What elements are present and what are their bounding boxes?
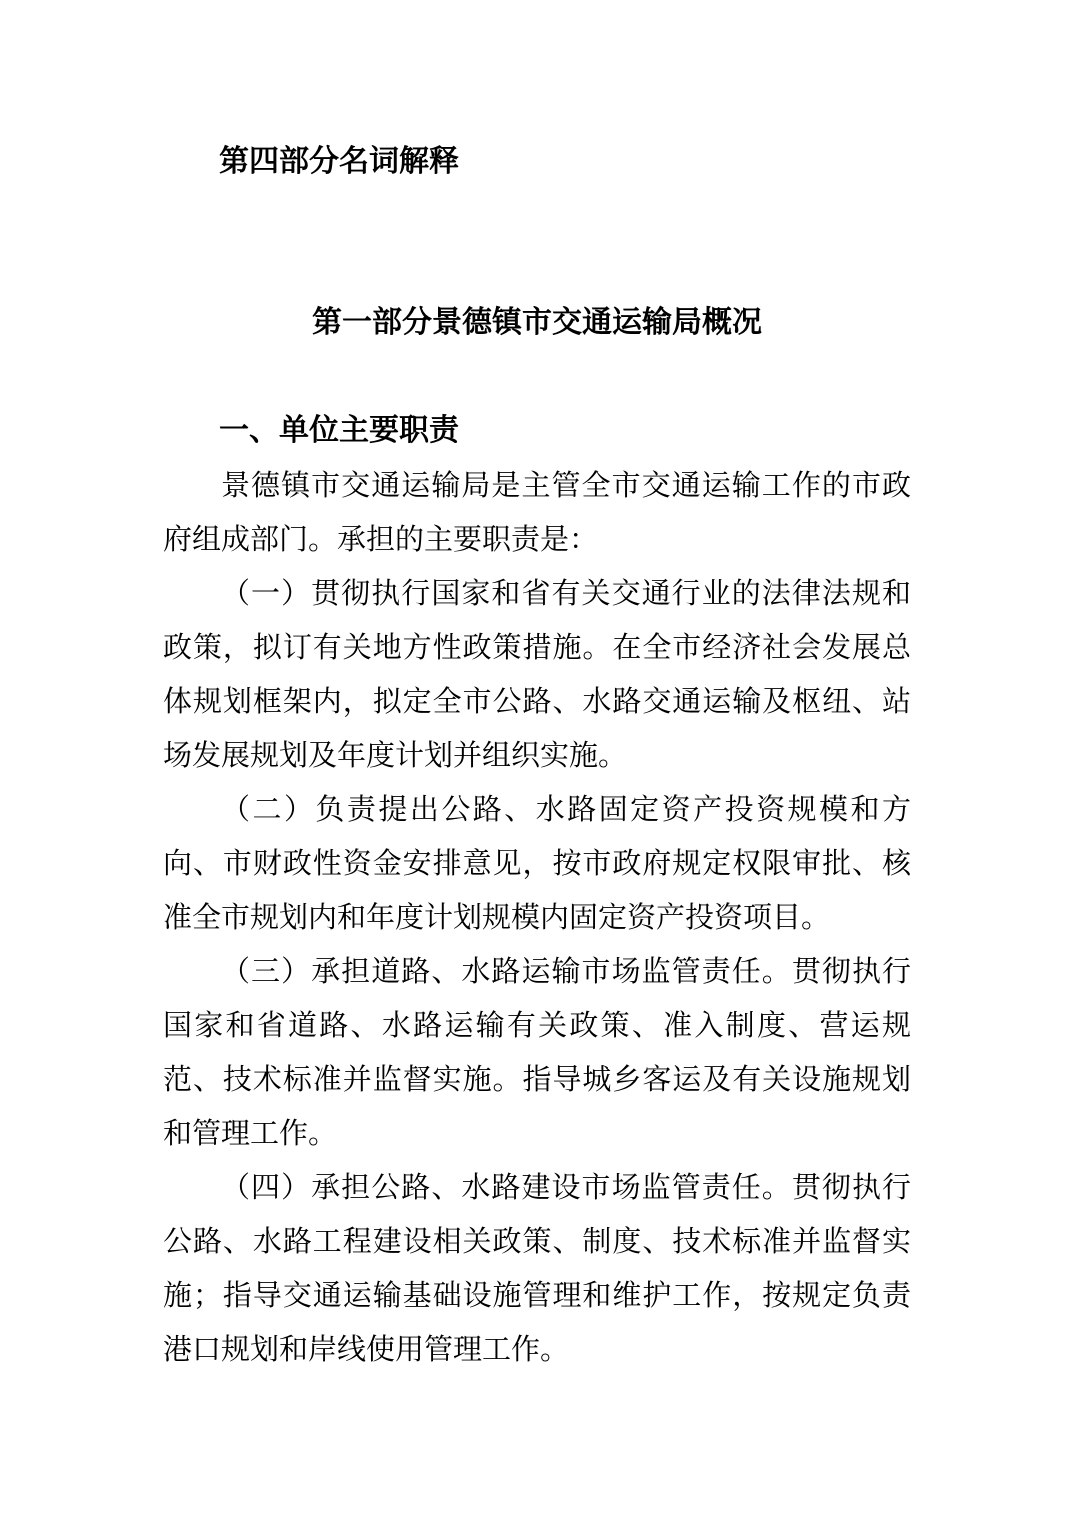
duty-paragraph-3: （三）承担道路、水路运输市场监管责任。贯彻执行国家和省道路、水路运输有关政策、准…: [163, 945, 911, 1161]
intro-paragraph: 景德镇市交通运输局是主管全市交通运输工作的市政府组成部门。承担的主要职责是：: [163, 459, 911, 567]
duty-paragraph-2: （二）负责提出公路、水路固定资产投资规模和方向、市财政性资金安排意见，按市政府规…: [163, 783, 911, 945]
part4-heading: 第四部分名词解释: [163, 145, 911, 179]
duty-paragraph-1: （一）贯彻执行国家和省有关交通行业的法律法规和政策，拟订有关地方性政策措施。在全…: [163, 567, 911, 783]
duty-paragraph-4: （四）承担公路、水路建设市场监管责任。贯彻执行公路、水路工程建设相关政策、制度、…: [163, 1161, 911, 1377]
part1-heading: 第一部分景德镇市交通运输局概况: [163, 306, 911, 340]
document-page: 第四部分名词解释 第一部分景德镇市交通运输局概况 一、单位主要职责 景德镇市交通…: [0, 0, 1074, 1520]
section-heading-unit-duties: 一、单位主要职责: [163, 414, 911, 448]
